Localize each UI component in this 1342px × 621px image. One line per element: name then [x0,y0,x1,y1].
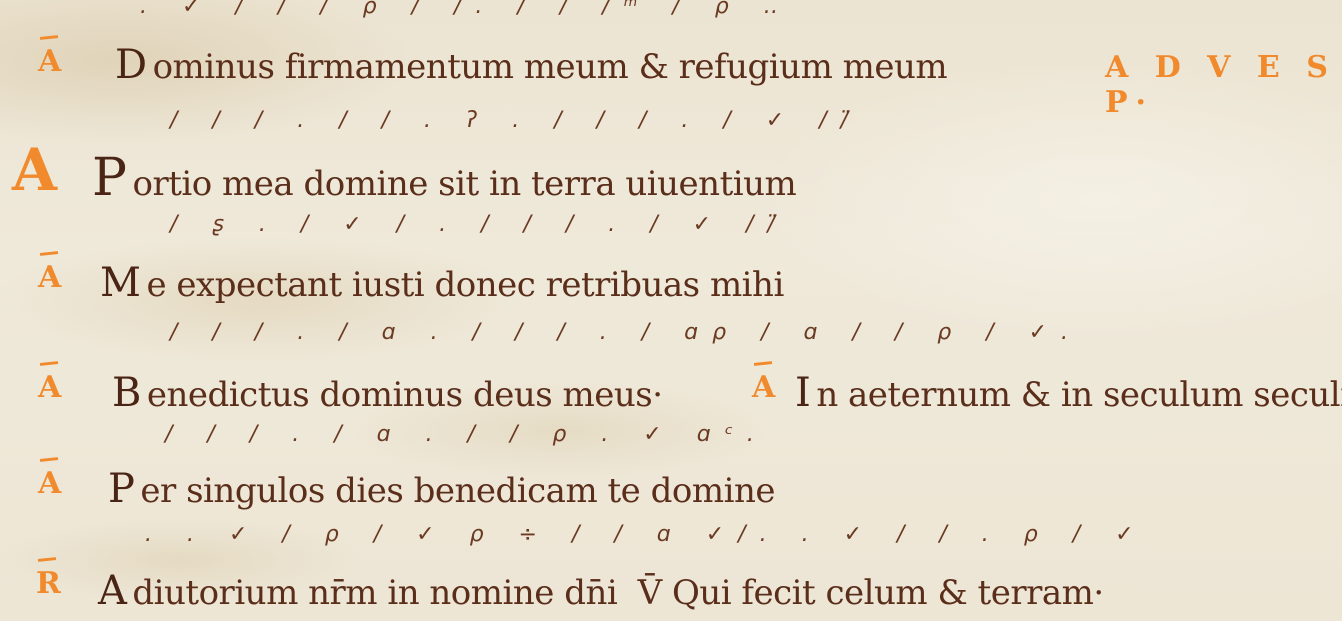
chant-text: Portio mea domine sit in terra uiuentium [92,148,796,208]
chant-words: diutorium nr̄m in nomine dn̄i [132,573,617,613]
initial-letter: A [98,568,126,614]
chant-text: Me expectant iusti donec retribuas mihi [100,260,784,306]
chant-line-4: / / / . / ɑ . / / / . / ɑρ / ɑ / / ρ / ✓… [0,318,1342,418]
verse-text: Qui fecit celum & terram· [672,573,1104,613]
chant-line-1: . ✓ / / / ρ / /. / / /ᵐ / ρ ‥ A Dominus … [0,0,1342,100]
antiphon-marker: A [38,466,61,501]
neume-row: / ʂ . / ✓ / . / / / . / ✓ //̈ [170,212,789,237]
neume-row: / / / . / / . ʔ . / / / . / ✓ //̈ [170,108,862,133]
chant-line-6: . . ✓ / ρ / ✓ ρ ÷ / / ɑ ✓/. . ✓ / / . ρ … [0,520,1342,620]
initial-letter: P [92,148,127,208]
chant-words: e expectant iusti donec retribuas mihi [146,265,783,305]
decorated-initial: A [12,136,57,204]
chant-words: ortio mea domine sit in terra uiuentium [133,164,797,204]
antiphon-marker-2: A [752,370,775,405]
neume-row: . ✓ / / / ρ / /. / / /ᵐ / ρ ‥ [140,0,792,19]
initial-letter: B [112,370,141,416]
antiphon-marker: A [38,44,61,79]
chant-words: enedictus dominus deus meus· [147,375,663,415]
initial-letter: I [795,370,810,416]
chant-line-5: / / / . / ɑ . / / ρ . ✓ ɑᶜ. A Per singul… [0,420,1342,520]
responsory-marker: R [36,566,61,601]
chant-words: n aeternum & in seculum seculi [816,375,1342,415]
chant-words: ominus firmamentum meum & refugium meum [153,47,948,87]
chant-words: er singulos dies benedicam te domine [140,471,775,511]
chant-text: Adiutorium nr̄m in nomine dn̄i V̄ Qui fe… [98,568,1104,614]
antiphon-marker: A [38,260,61,295]
verse-marker: V̄ [638,573,662,613]
chant-text: Dominus firmamentum meum & refugium meum [115,42,947,88]
initial-letter: P [108,466,134,512]
neume-row: . . ✓ / ρ / ✓ ρ ÷ / / ɑ ✓/. . ✓ / / . ρ … [145,522,1148,547]
chant-text: Per singulos dies benedicam te domine [108,466,775,512]
chant-text: Benedictus dominus deus meus· [112,370,663,416]
initial-letter: D [115,42,147,88]
initial-letter: M [100,260,140,306]
chant-line-2: / / / . / / . ʔ . / / / . / ✓ //̈ A Port… [0,100,1342,200]
neume-row: / / / . / ɑ . / / ρ . ✓ ɑᶜ. [165,422,768,447]
chant-line-3: / ʂ . / ✓ / . / / / . / ✓ //̈ A Me expec… [0,210,1342,310]
chant-text-2: In aeternum & in seculum seculi [795,370,1342,416]
neume-row: / / / . / ɑ . / / / . / ɑρ / ɑ / / ρ / ✓… [170,320,1082,345]
antiphon-marker: A [38,370,61,405]
